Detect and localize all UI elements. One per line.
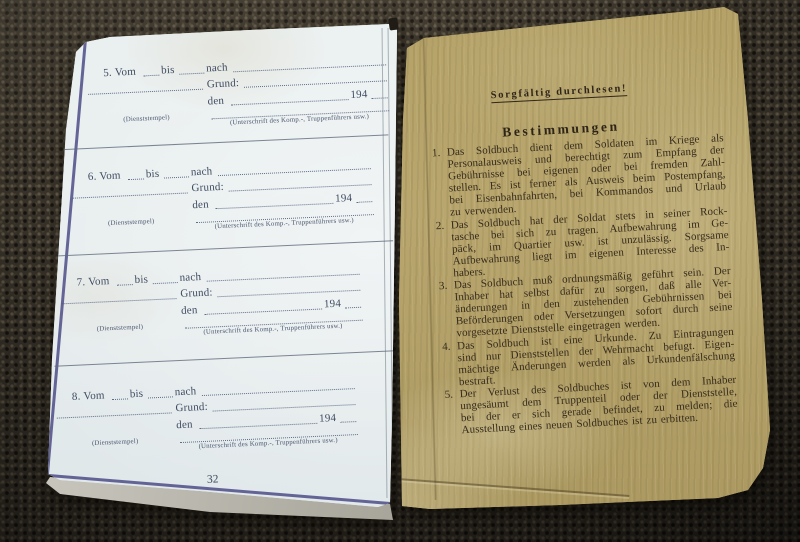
den-label: den xyxy=(181,304,198,317)
service-entry-5: 5. Vom bis nach Grund: den 194 (Dienstst… xyxy=(103,54,396,139)
vom-label: Vom xyxy=(83,389,105,402)
bis-label: bis xyxy=(161,64,175,77)
divider-line xyxy=(45,134,389,151)
binding-mark xyxy=(388,17,399,30)
bis-label: bis xyxy=(134,273,148,286)
service-entry-6: 6. Vom bis nach Grund: den 194 (Dienstst… xyxy=(88,158,381,243)
nach-label: nach xyxy=(179,271,201,284)
nach-label: nach xyxy=(174,385,196,398)
page-number: 32 xyxy=(198,473,229,486)
entry-number: 8. xyxy=(72,391,81,403)
photo-background: 5. Vom bis nach Grund: den 194 (Dienstst… xyxy=(0,0,800,542)
dotted-line xyxy=(143,67,159,77)
dotted-line xyxy=(116,276,132,286)
dotted-line xyxy=(112,390,128,400)
dotted-line xyxy=(340,413,356,423)
open-soldbuch: 5. Vom bis nach Grund: den 194 (Dienstst… xyxy=(0,0,800,542)
dotted-line xyxy=(148,388,173,398)
vom-label: Vom xyxy=(115,66,137,79)
bis-label: bis xyxy=(130,388,144,401)
dotted-line xyxy=(233,56,386,72)
dotted-line xyxy=(61,290,176,304)
den-label: den xyxy=(176,418,193,431)
dotted-line xyxy=(202,380,355,396)
year-label: 194 xyxy=(350,88,368,101)
grund-label: Grund: xyxy=(175,401,208,414)
dotted-line xyxy=(371,89,387,99)
dotted-line xyxy=(72,184,187,198)
year-label: 194 xyxy=(335,192,353,205)
grund-label: Grund: xyxy=(191,181,224,194)
vom-label: Vom xyxy=(99,170,121,183)
den-label: den xyxy=(192,199,209,212)
divider-line xyxy=(49,240,393,257)
read-carefully-notice: Sorgfältig durchlesen! xyxy=(490,83,627,103)
left-page-content: 5. Vom bis nach Grund: den 194 (Dienstst… xyxy=(33,10,411,518)
nach-label: nach xyxy=(191,165,213,178)
stamp-caption: (Dienststempel) xyxy=(123,114,170,123)
grund-label: Grund: xyxy=(180,286,213,299)
grund-label: Grund: xyxy=(207,77,240,90)
entry-number: 7. xyxy=(76,276,85,288)
dotted-line xyxy=(206,266,359,282)
dotted-line xyxy=(204,301,322,315)
dotted-line xyxy=(152,274,177,284)
year-label: 194 xyxy=(324,298,342,311)
entry-number: 5. xyxy=(103,67,112,79)
right-page-content: Sorgfältig durchlesen! Bestimmungen 1. D… xyxy=(397,0,793,530)
dotted-line xyxy=(230,91,348,105)
dotted-line xyxy=(345,299,361,309)
item-number: 3. xyxy=(439,280,448,293)
den-label: den xyxy=(207,95,224,108)
dotted-line xyxy=(218,160,371,176)
item-number: 2. xyxy=(435,219,444,232)
service-entry-7: 7. Vom bis nach Grund: den 194 (Dienstst… xyxy=(76,263,369,348)
stamp-caption: (Dienststempel) xyxy=(108,218,155,227)
dotted-line xyxy=(244,72,387,87)
bis-label: bis xyxy=(146,168,160,181)
regulations-body: 1. Das Soldbuch dient dem Soldaten im Kr… xyxy=(432,132,739,437)
entry-number: 6. xyxy=(88,171,97,183)
item-number: 1. xyxy=(432,147,441,160)
dotted-line xyxy=(56,404,171,418)
service-entry-8: 8. Vom bis nach Grund: den 194 (Dienstst… xyxy=(72,378,365,463)
dotted-line xyxy=(164,168,189,178)
divider-line xyxy=(54,350,398,367)
stamp-caption: (Dienststempel) xyxy=(97,324,144,333)
dotted-line xyxy=(88,81,203,95)
dotted-line xyxy=(179,65,204,75)
dotted-line xyxy=(228,176,371,191)
vom-label: Vom xyxy=(88,275,110,288)
year-label: 194 xyxy=(319,412,337,425)
dotted-line xyxy=(356,193,372,203)
item-number: 4. xyxy=(442,340,451,353)
dotted-line xyxy=(217,282,360,297)
dotted-line xyxy=(199,415,317,429)
dotted-line xyxy=(128,170,144,180)
item-number: 5. xyxy=(444,388,453,401)
dotted-line xyxy=(212,396,355,411)
nach-label: nach xyxy=(206,62,228,75)
dotted-line xyxy=(215,195,333,209)
stamp-caption: (Dienststempel) xyxy=(92,438,139,447)
